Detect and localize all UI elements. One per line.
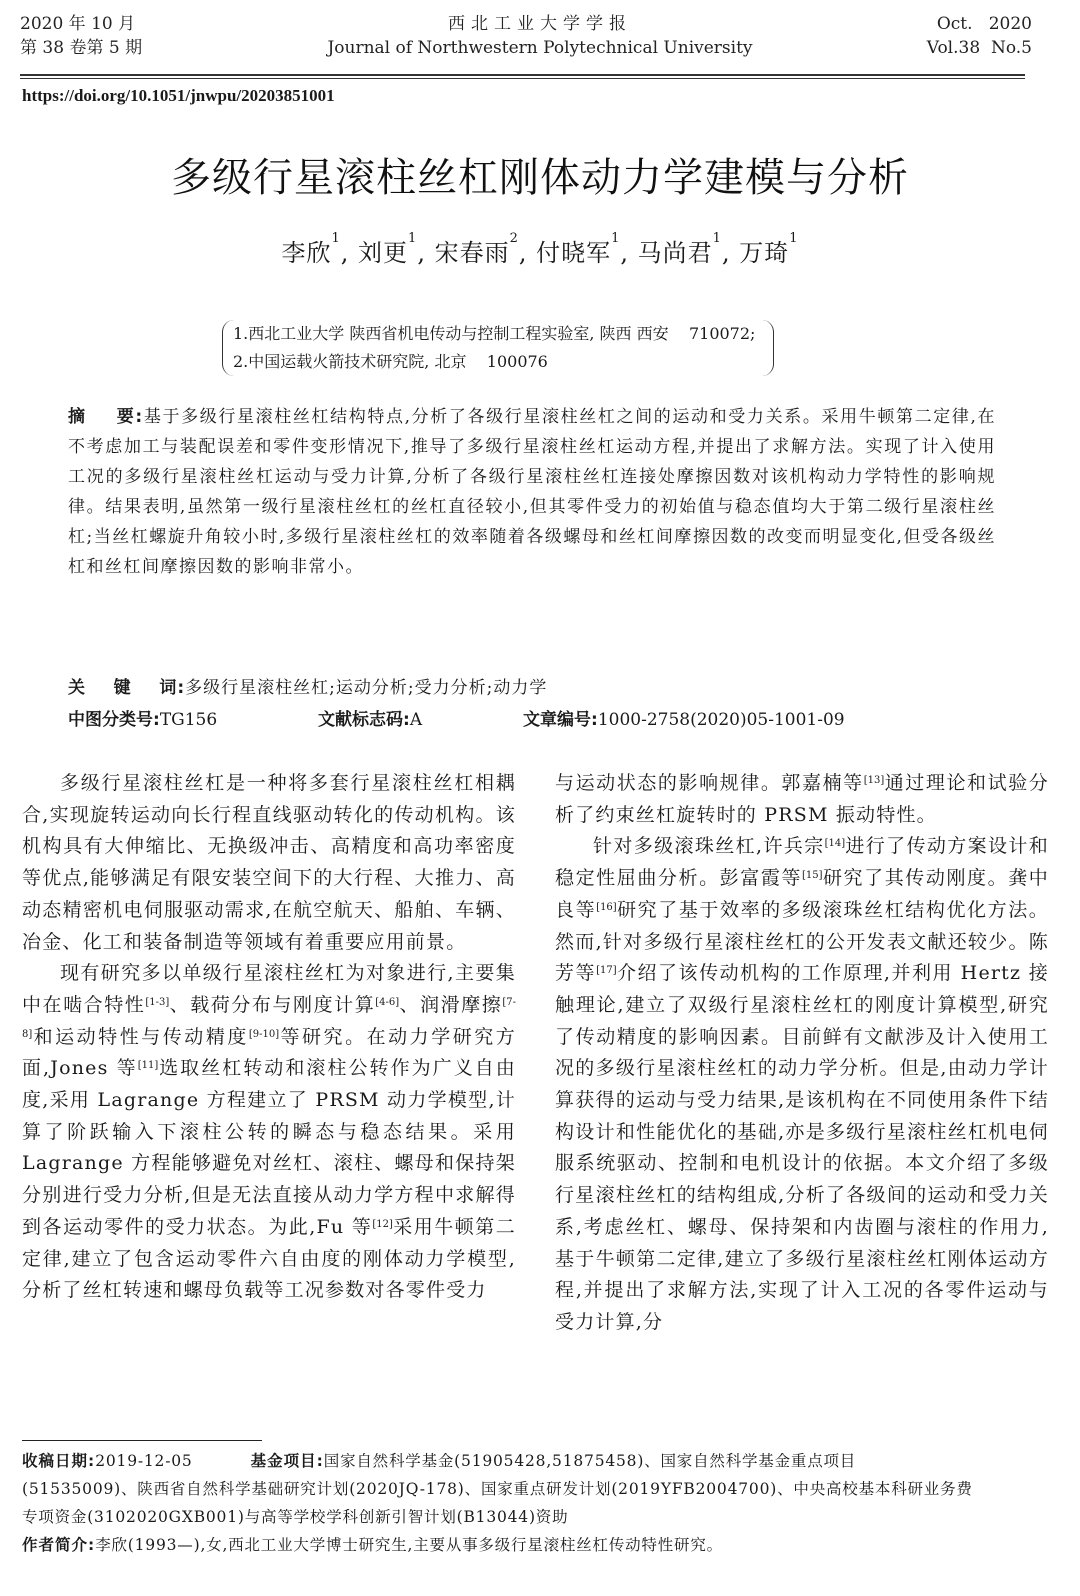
footnote-rule bbox=[22, 1440, 262, 1441]
journal-name-en: Journal of Northwestern Polytechnical Un… bbox=[0, 36, 1080, 60]
author-affiliation-mark: 1 bbox=[611, 231, 620, 246]
author-name: 刘更 bbox=[358, 239, 408, 267]
affiliation-1: 1.西北工业大学 陕西省机电传动与控制工程实验室, 陕西 西安 710072; bbox=[233, 320, 755, 348]
citation-ref[interactable]: [17] bbox=[596, 965, 617, 976]
body-paragraph: 与运动状态的影响规律。郭嘉楠等[13]通过理论和试验分析了约束丝杠旋转时的 PR… bbox=[555, 768, 1049, 831]
citation-ref[interactable]: [12] bbox=[372, 1219, 393, 1230]
author-name: 李欣 bbox=[281, 239, 331, 267]
author-affiliation-mark: 1 bbox=[331, 231, 340, 246]
doc-code-value: A bbox=[410, 710, 422, 730]
author-name: 万琦 bbox=[739, 239, 789, 267]
author-name: 宋春雨 bbox=[435, 239, 510, 267]
author-name: 马尚君 bbox=[638, 239, 713, 267]
body-column-right: 与运动状态的影响规律。郭嘉楠等[13]通过理论和试验分析了约束丝杠旋转时的 PR… bbox=[555, 768, 1049, 1339]
clc-label: 中图分类号: bbox=[68, 710, 160, 730]
affiliations: 1.西北工业大学 陕西省机电传动与控制工程实验室, 陕西 西安 710072; … bbox=[222, 320, 774, 376]
body-paragraph: 针对多级滚珠丝杠,许兵宗[14]进行了传动方案设计和稳定性屈曲分析。彭富霞等[1… bbox=[555, 831, 1049, 1338]
citation-ref[interactable]: [4-6] bbox=[375, 997, 399, 1008]
fund-text-2: (51535009)、陕西省自然科学基础研究计划(2020JQ-178)、国家重… bbox=[22, 1475, 1037, 1503]
abstract-text: 基于多级行星滚柱丝杠结构特点,分析了各级行星滚柱丝杠之间的运动和受力关系。采用牛… bbox=[68, 407, 996, 577]
footnote-received-fund: 收稿日期:2019-12-05基金项目:国家自然科学基金(51905428,51… bbox=[22, 1447, 1037, 1475]
paper-title: 多级行星滚柱丝杠刚体动力学建模与分析 bbox=[0, 146, 1080, 203]
classification-row: 中图分类号:TG156 文献标志码:A 文章编号:1000-2758(2020)… bbox=[68, 706, 1008, 734]
doi-link[interactable]: https://doi.org/10.1051/jnwpu/2020385100… bbox=[22, 86, 335, 106]
abstract-label: 摘 要: bbox=[68, 407, 144, 427]
citation-ref[interactable]: [1-3] bbox=[145, 997, 169, 1008]
issue-en: Vol.38 No.5 bbox=[927, 36, 1032, 60]
fund-label: 基金项目: bbox=[251, 1452, 324, 1470]
received-label: 收稿日期: bbox=[22, 1452, 95, 1470]
keywords: 关 键 词:多级行星滚柱丝杠;运动分析;受力分析;动力学 bbox=[68, 674, 547, 702]
citation-ref[interactable]: [13] bbox=[864, 775, 885, 786]
footnote-author-bio: 作者简介:李欣(1993—),女,西北工业大学博士研究生,主要从事多级行星滚柱丝… bbox=[22, 1531, 1037, 1559]
received-date: 2019-12-05 bbox=[95, 1452, 192, 1470]
citation-ref[interactable]: [16] bbox=[596, 902, 617, 913]
body-paragraph: 现有研究多以单级行星滚柱丝杠为对象进行,主要集中在啮合特性[1-3]、载荷分布与… bbox=[22, 958, 516, 1307]
author-affiliation-mark: 2 bbox=[510, 231, 519, 246]
citation-ref[interactable]: [11] bbox=[138, 1060, 159, 1071]
header-right: Oct. 2020 Vol.38 No.5 bbox=[927, 12, 1032, 60]
journal-name-cn: 西北工业大学学报 bbox=[0, 12, 1080, 36]
keywords-text: 多级行星滚柱丝杠;运动分析;受力分析;动力学 bbox=[185, 678, 547, 698]
citation-ref[interactable]: [14] bbox=[825, 838, 846, 849]
author-affiliation-mark: 1 bbox=[408, 231, 417, 246]
author-list: 李欣1, 刘更1, 宋春雨2, 付晓军1, 马尚君1, 万琦1 bbox=[0, 233, 1080, 268]
fund-text-1: 国家自然科学基金(51905428,51875458)、国家自然科学基金重点项目 bbox=[324, 1452, 856, 1470]
article-no-label: 文章编号: bbox=[523, 710, 598, 730]
body-paragraph: 多级行星滚柱丝杠是一种将多套行星滚柱丝杠相耦合,实现旋转运动向长行程直线驱动转化… bbox=[22, 768, 516, 958]
abstract: 摘 要:基于多级行星滚柱丝杠结构特点,分析了各级行星滚柱丝杠之间的运动和受力关系… bbox=[68, 402, 996, 582]
author-bio-label: 作者简介: bbox=[22, 1536, 95, 1554]
author-bio-text: 李欣(1993—),女,西北工业大学博士研究生,主要从事多级行星滚柱丝杠传动特性… bbox=[95, 1536, 723, 1554]
footnote: 收稿日期:2019-12-05基金项目:国家自然科学基金(51905428,51… bbox=[22, 1447, 1037, 1559]
citation-ref[interactable]: [15] bbox=[802, 870, 823, 881]
body-column-left: 多级行星滚柱丝杠是一种将多套行星滚柱丝杠相耦合,实现旋转运动向长行程直线驱动转化… bbox=[22, 768, 516, 1307]
affiliation-2: 2.中国运载火箭技术研究院, 北京 100076 bbox=[233, 348, 755, 376]
author-affiliation-mark: 1 bbox=[789, 231, 798, 246]
clc-value: TG156 bbox=[160, 710, 217, 730]
header-center: 西北工业大学学报 Journal of Northwestern Polytec… bbox=[0, 12, 1080, 60]
author-name: 付晓军 bbox=[536, 239, 611, 267]
article-no-value: 1000-2758(2020)05-1001-09 bbox=[598, 710, 845, 730]
keywords-label: 关 键 词: bbox=[68, 678, 185, 698]
author-affiliation-mark: 1 bbox=[713, 231, 722, 246]
fund-text-3: 专项资金(3102020GXB001)与高等学校学科创新引智计划(B13044)… bbox=[22, 1503, 1037, 1531]
publication-date-en: Oct. 2020 bbox=[927, 12, 1032, 36]
header-double-rule bbox=[20, 74, 1025, 79]
doc-code-label: 文献标志码: bbox=[318, 710, 410, 730]
citation-ref[interactable]: [9-10] bbox=[249, 1029, 279, 1040]
